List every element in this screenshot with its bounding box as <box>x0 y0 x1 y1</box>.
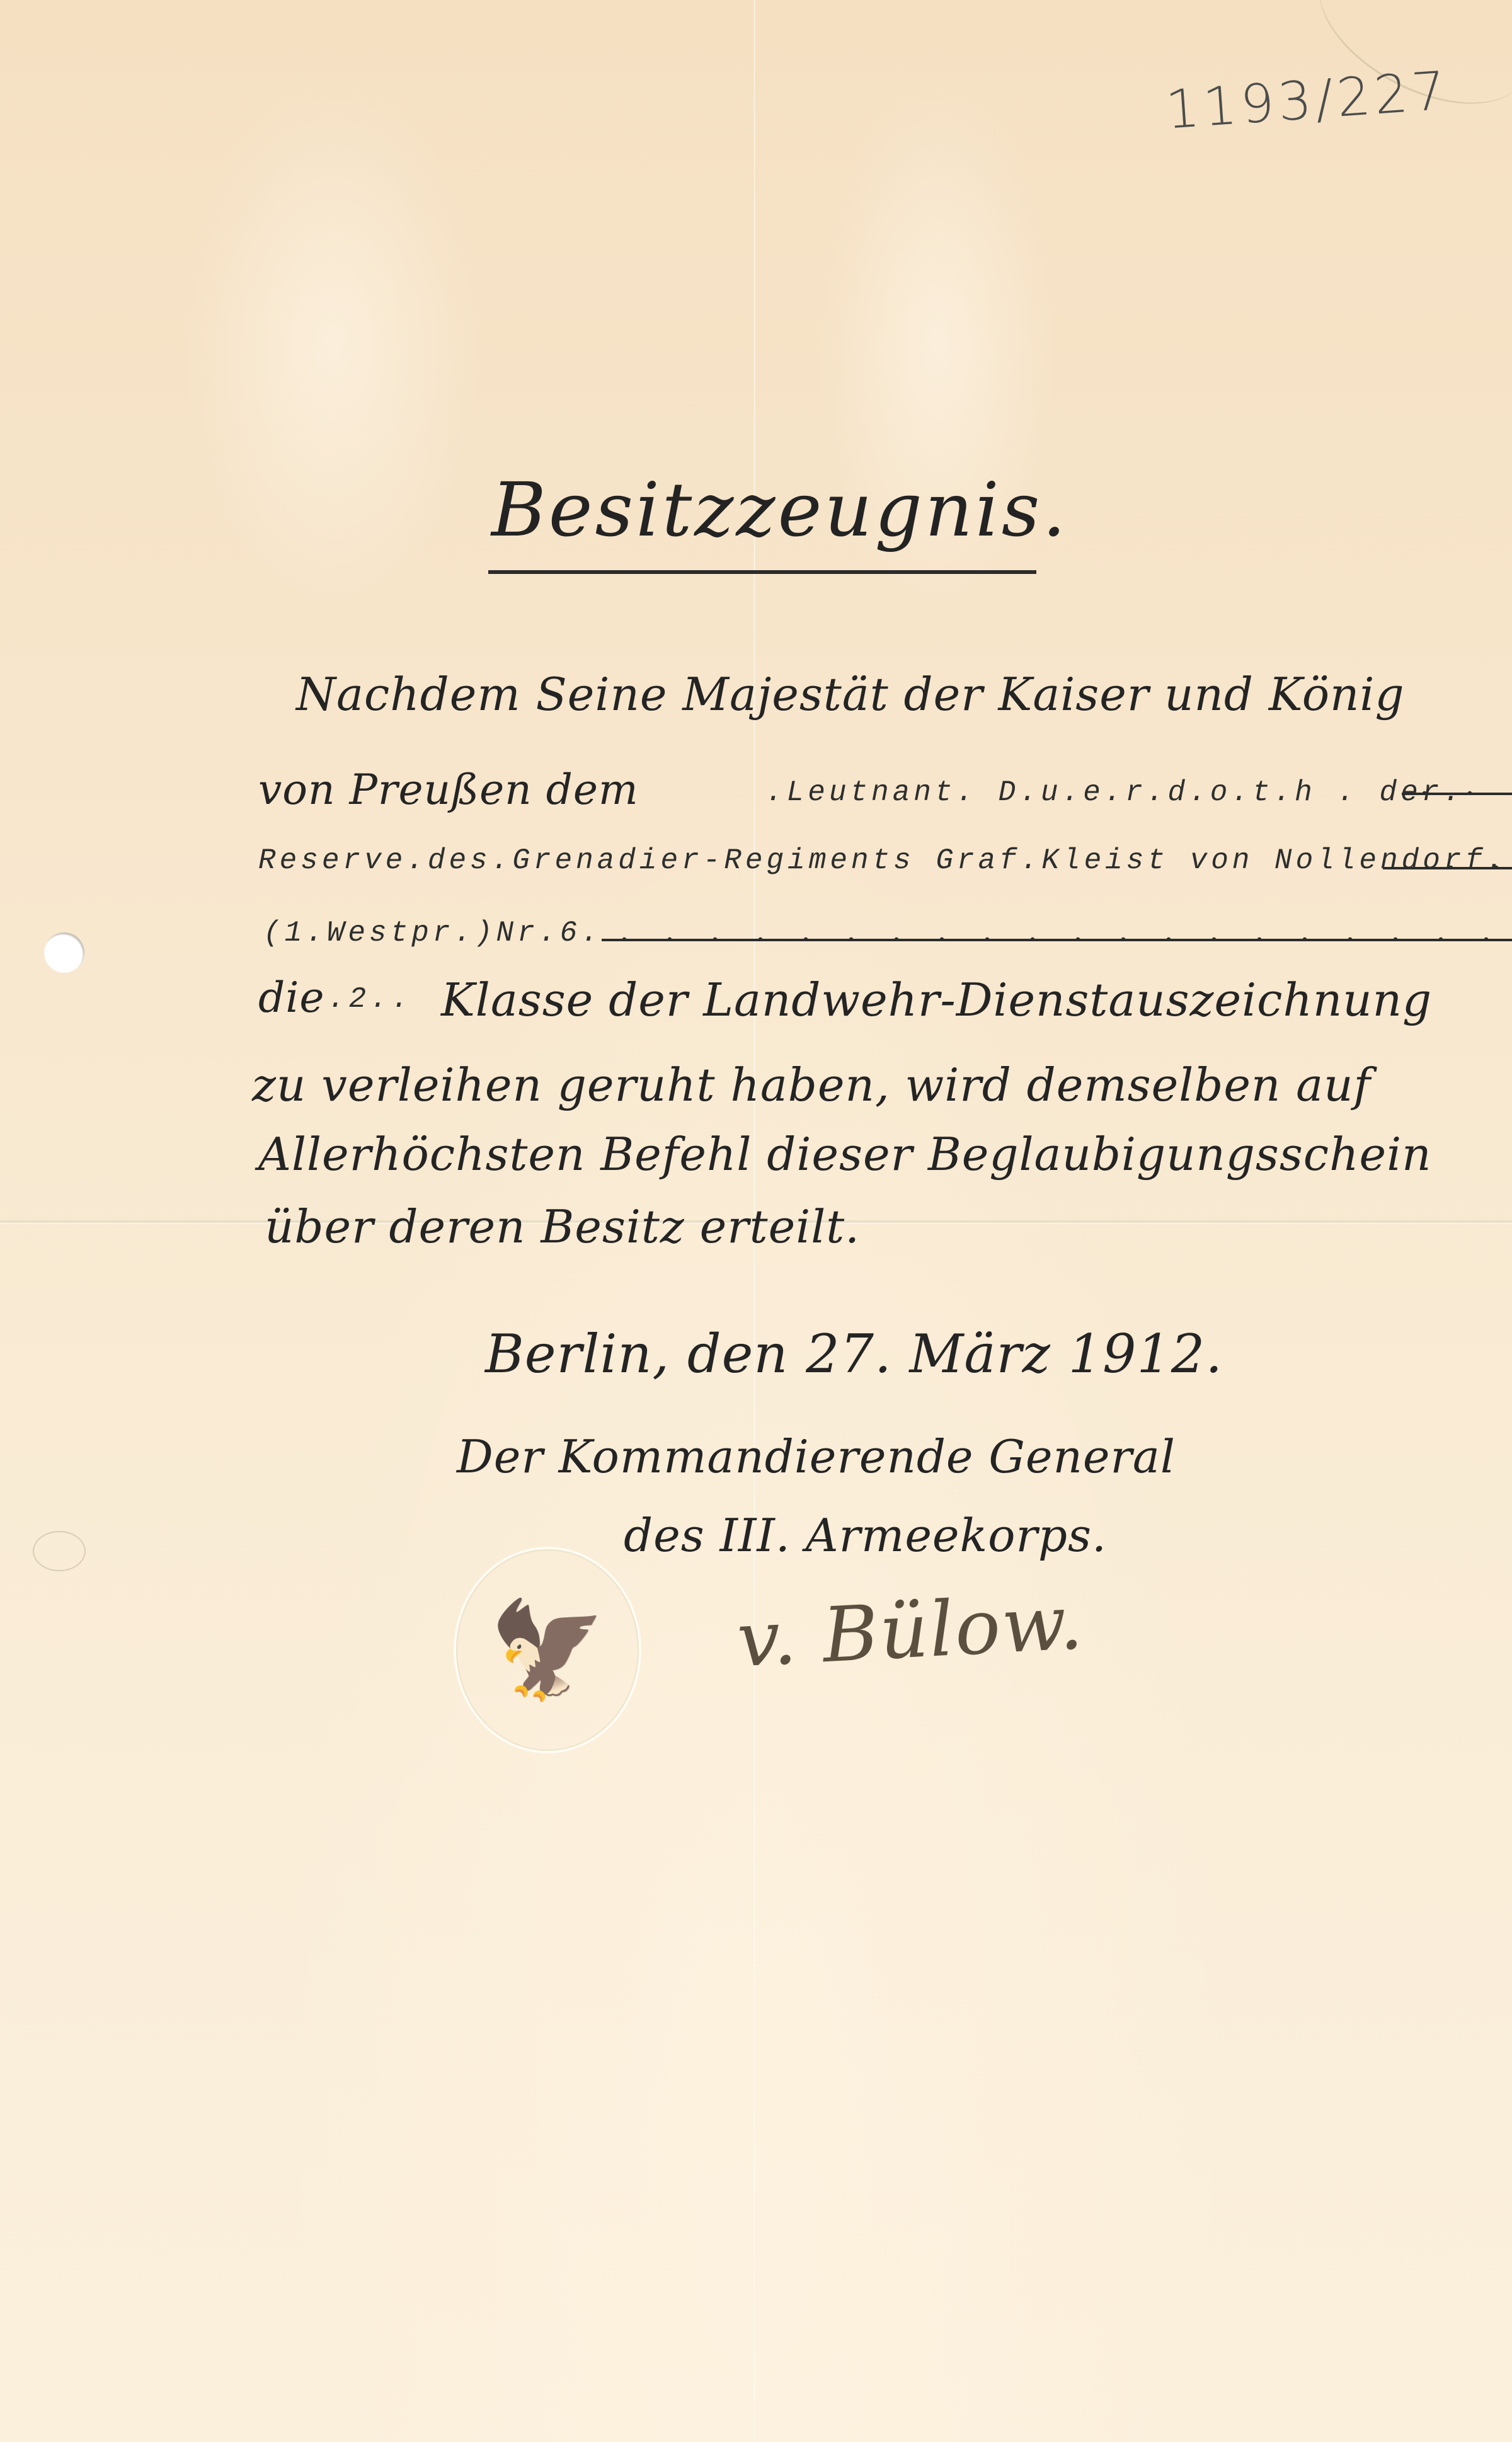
edge-damage-mark <box>33 1531 86 1571</box>
typed-regiment: Reserve.des.Grenadier-Regiments Graf.Kle… <box>258 844 1508 877</box>
body-line-2-script: von Preußen dem <box>258 765 639 814</box>
body-line-8: über deren Besitz erteilt. <box>265 1200 860 1253</box>
typed-class-number: .2.. <box>328 983 412 1016</box>
issuer-line-2: des III. Armeekorps. <box>624 1509 1107 1562</box>
title-text: Besitzzeugnis. <box>491 466 1068 553</box>
document-title: Besitzzeugnis. <box>491 466 1058 553</box>
archive-number: 1193/227 <box>1164 59 1451 140</box>
typed-rank-name: .Leutnant. D.u.e.r.d.o.t.h . der. <box>765 776 1464 809</box>
fill-line <box>1402 793 1512 795</box>
body-line-7: Allerhöchsten Befehl dieser Beglaubigung… <box>258 1128 1431 1181</box>
issuer-line-1: Der Kommandierende General <box>457 1430 1176 1483</box>
title-underline <box>488 570 1036 574</box>
body-line-6: zu verleihen geruht haben, wird demselbe… <box>252 1058 1371 1111</box>
punch-hole <box>44 932 84 973</box>
fill-line <box>602 939 1512 941</box>
place-and-date: Berlin, den 27. März 1912. <box>485 1323 1223 1385</box>
embossed-seal: 🦅 <box>454 1547 641 1753</box>
signature: v. Bülow. <box>735 1579 1086 1685</box>
body-line-5-script-b: Klasse der Landwehr-Dienstauszeichnung <box>441 973 1432 1026</box>
eagle-icon: 🦅 <box>489 1595 607 1705</box>
fill-line <box>1383 867 1512 869</box>
typed-regiment-number: (1.Westpr.)Nr.6. <box>263 917 602 949</box>
body-line-5-script-a: die <box>258 973 324 1022</box>
body-line-1: Nachdem Seine Majestät der Kaiser und Kö… <box>296 668 1405 721</box>
